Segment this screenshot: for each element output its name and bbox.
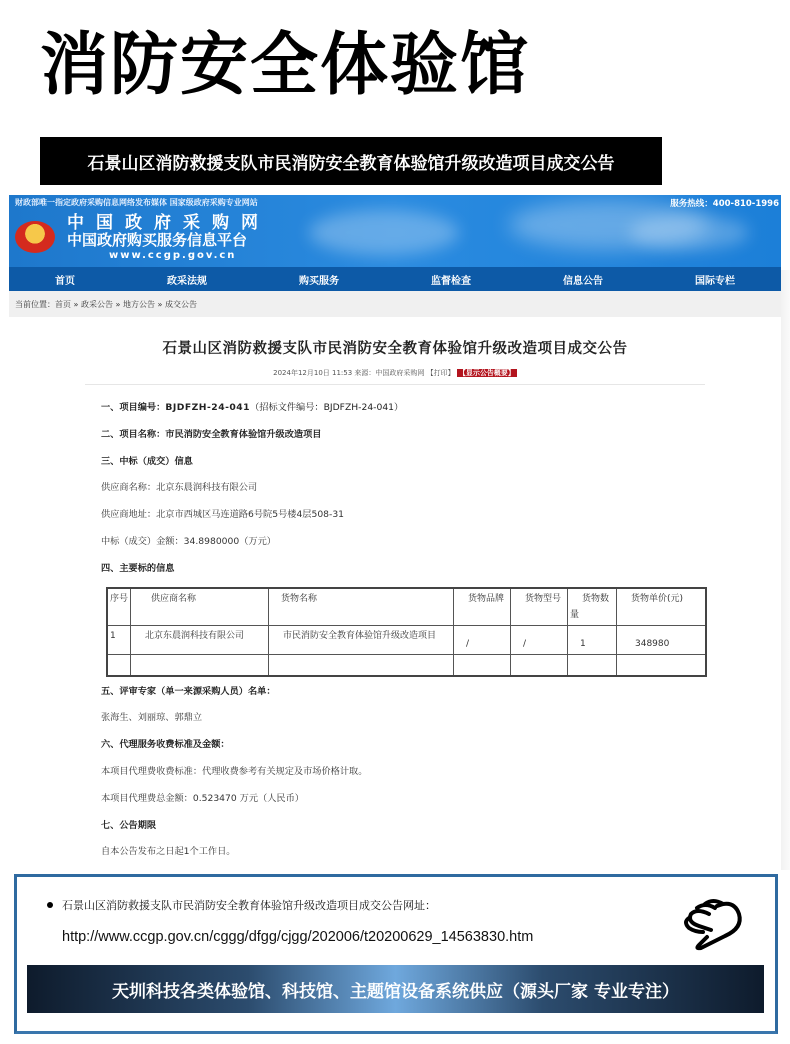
site-tagline: 财政部唯一指定政府采购信息网络发布媒体 国家级政府采购专业网站 xyxy=(15,197,258,208)
nav-announcements[interactable]: 信息公告 xyxy=(563,272,603,287)
bullet-icon xyxy=(47,902,53,908)
items-table: 序号 供应商名称 货物名称 货物品牌 货物型号 货物数量 货物单价(元) 1 北… xyxy=(106,587,707,677)
nav-regulations[interactable]: 政采法规 xyxy=(167,272,207,287)
national-emblem-icon xyxy=(15,221,55,253)
section-experts: 五、评审专家（单一来源采购人员）名单： xyxy=(101,679,781,706)
table-row: 1 北京东晨润科技有限公司 市民消防安全教育体验馆升级改造项目 / / 1 34… xyxy=(107,625,706,654)
article-meta: 2024年12月10日 11:53 来源：中国政府采购网 【打印】 【显示公告概… xyxy=(9,368,781,378)
breadcrumb[interactable]: 当前位置：首页 » 政采公告 » 地方公告 » 成交公告 xyxy=(9,291,781,317)
nav-purchase-services[interactable]: 购买服务 xyxy=(299,272,339,287)
fee-total: 本项目代理费总金额：0.523470 万元（人民币） xyxy=(101,786,781,813)
source-link-url[interactable]: http://www.ccgp.gov.cn/cggg/dfgg/cjgg/20… xyxy=(62,929,533,945)
announcement-article: 石景山区消防救援支队市民消防安全教育体验馆升级改造项目成交公告 2024年12月… xyxy=(9,337,781,866)
hero-title: 消防安全体验馆 xyxy=(40,32,530,100)
source-link-label: 石景山区消防救援支队市民消防安全教育体验馆升级改造项目成交公告网址： xyxy=(62,897,436,913)
website-screenshot: 财政部唯一指定政府采购信息网络发布媒体 国家级政府采购专业网站 服务热线：400… xyxy=(9,195,781,865)
scrollbar[interactable] xyxy=(781,270,790,870)
hotline: 服务热线：400-810-1996 xyxy=(670,197,779,209)
promo-banner: 天圳科技各类体验馆、科技馆、主题馆设备系统供应（源头厂家 专业专注） xyxy=(27,965,764,1013)
site-banner: 财政部唯一指定政府采购信息网络发布媒体 国家级政府采购专业网站 服务热线：400… xyxy=(9,195,781,267)
article-title: 石景山区消防救援支队市民消防安全教育体验馆升级改造项目成交公告 xyxy=(9,337,781,358)
hero-subtitle: 石景山区消防救援支队市民消防安全教育体验馆升级改造项目成交公告 xyxy=(40,137,662,185)
article-body-continued: 五、评审专家（单一来源采购人员）名单： 张海生、刘丽琼、郭鼎立 六、代理服务收费… xyxy=(9,679,781,867)
pointing-hand-icon xyxy=(677,892,757,952)
divider xyxy=(85,384,705,385)
nav-supervision[interactable]: 监督检查 xyxy=(431,272,471,287)
project-name: 二、项目名称：市民消防安全教育体验馆升级改造项目 xyxy=(101,422,781,449)
article-body: 一、项目编号：BJDFZH-24-041（招标文件编号：BJDFZH-24-04… xyxy=(9,395,781,583)
experts-list: 张海生、刘丽琼、郭鼎立 xyxy=(101,705,781,732)
section-agency-fee: 六、代理服务收费标准及金额： xyxy=(101,732,781,759)
announcement-period: 自本公告发布之日起1个工作日。 xyxy=(101,839,781,866)
section-award-info: 三、中标（成交）信息 xyxy=(101,449,781,476)
nav-home[interactable]: 首页 xyxy=(55,272,75,287)
project-number: 一、项目编号：BJDFZH-24-041（招标文件编号：BJDFZH-24-04… xyxy=(101,395,781,422)
show-summary-button[interactable]: 【显示公告概要】 xyxy=(457,369,517,377)
table-row-empty xyxy=(107,654,706,676)
award-amount: 中标（成交）金额：34.8980000（万元） xyxy=(101,529,781,556)
nav-international[interactable]: 国际专栏 xyxy=(695,272,735,287)
supplier-name: 供应商名称：北京东晨润科技有限公司 xyxy=(101,475,781,502)
section-main-items: 四、主要标的信息 xyxy=(101,556,781,583)
main-nav: 首页 政采法规 购买服务 监督检查 信息公告 国际专栏 xyxy=(9,267,781,291)
section-period: 七、公告期限 xyxy=(101,813,781,840)
site-logo-subtitle: 中国政府购买服务信息平台 xyxy=(67,233,247,248)
table-header-row: 序号 供应商名称 货物名称 货物品牌 货物型号 货物数量 货物单价(元) xyxy=(107,588,706,626)
supplier-address: 供应商地址：北京市西城区马连道路6号院5号楼4层508-31 xyxy=(101,502,781,529)
source-link-box: 石景山区消防救援支队市民消防安全教育体验馆升级改造项目成交公告网址： http:… xyxy=(14,874,778,1034)
fee-standard: 本项目代理费收费标准：代理收费参考有关规定及市场价格计取。 xyxy=(101,759,781,786)
site-logo-url: www.ccgp.gov.cn xyxy=(109,250,236,261)
article-date-source: 2024年12月10日 11:53 来源：中国政府采购网 【打印】 xyxy=(273,369,454,377)
site-logo-title[interactable]: 中国政府采购网 xyxy=(67,215,270,232)
